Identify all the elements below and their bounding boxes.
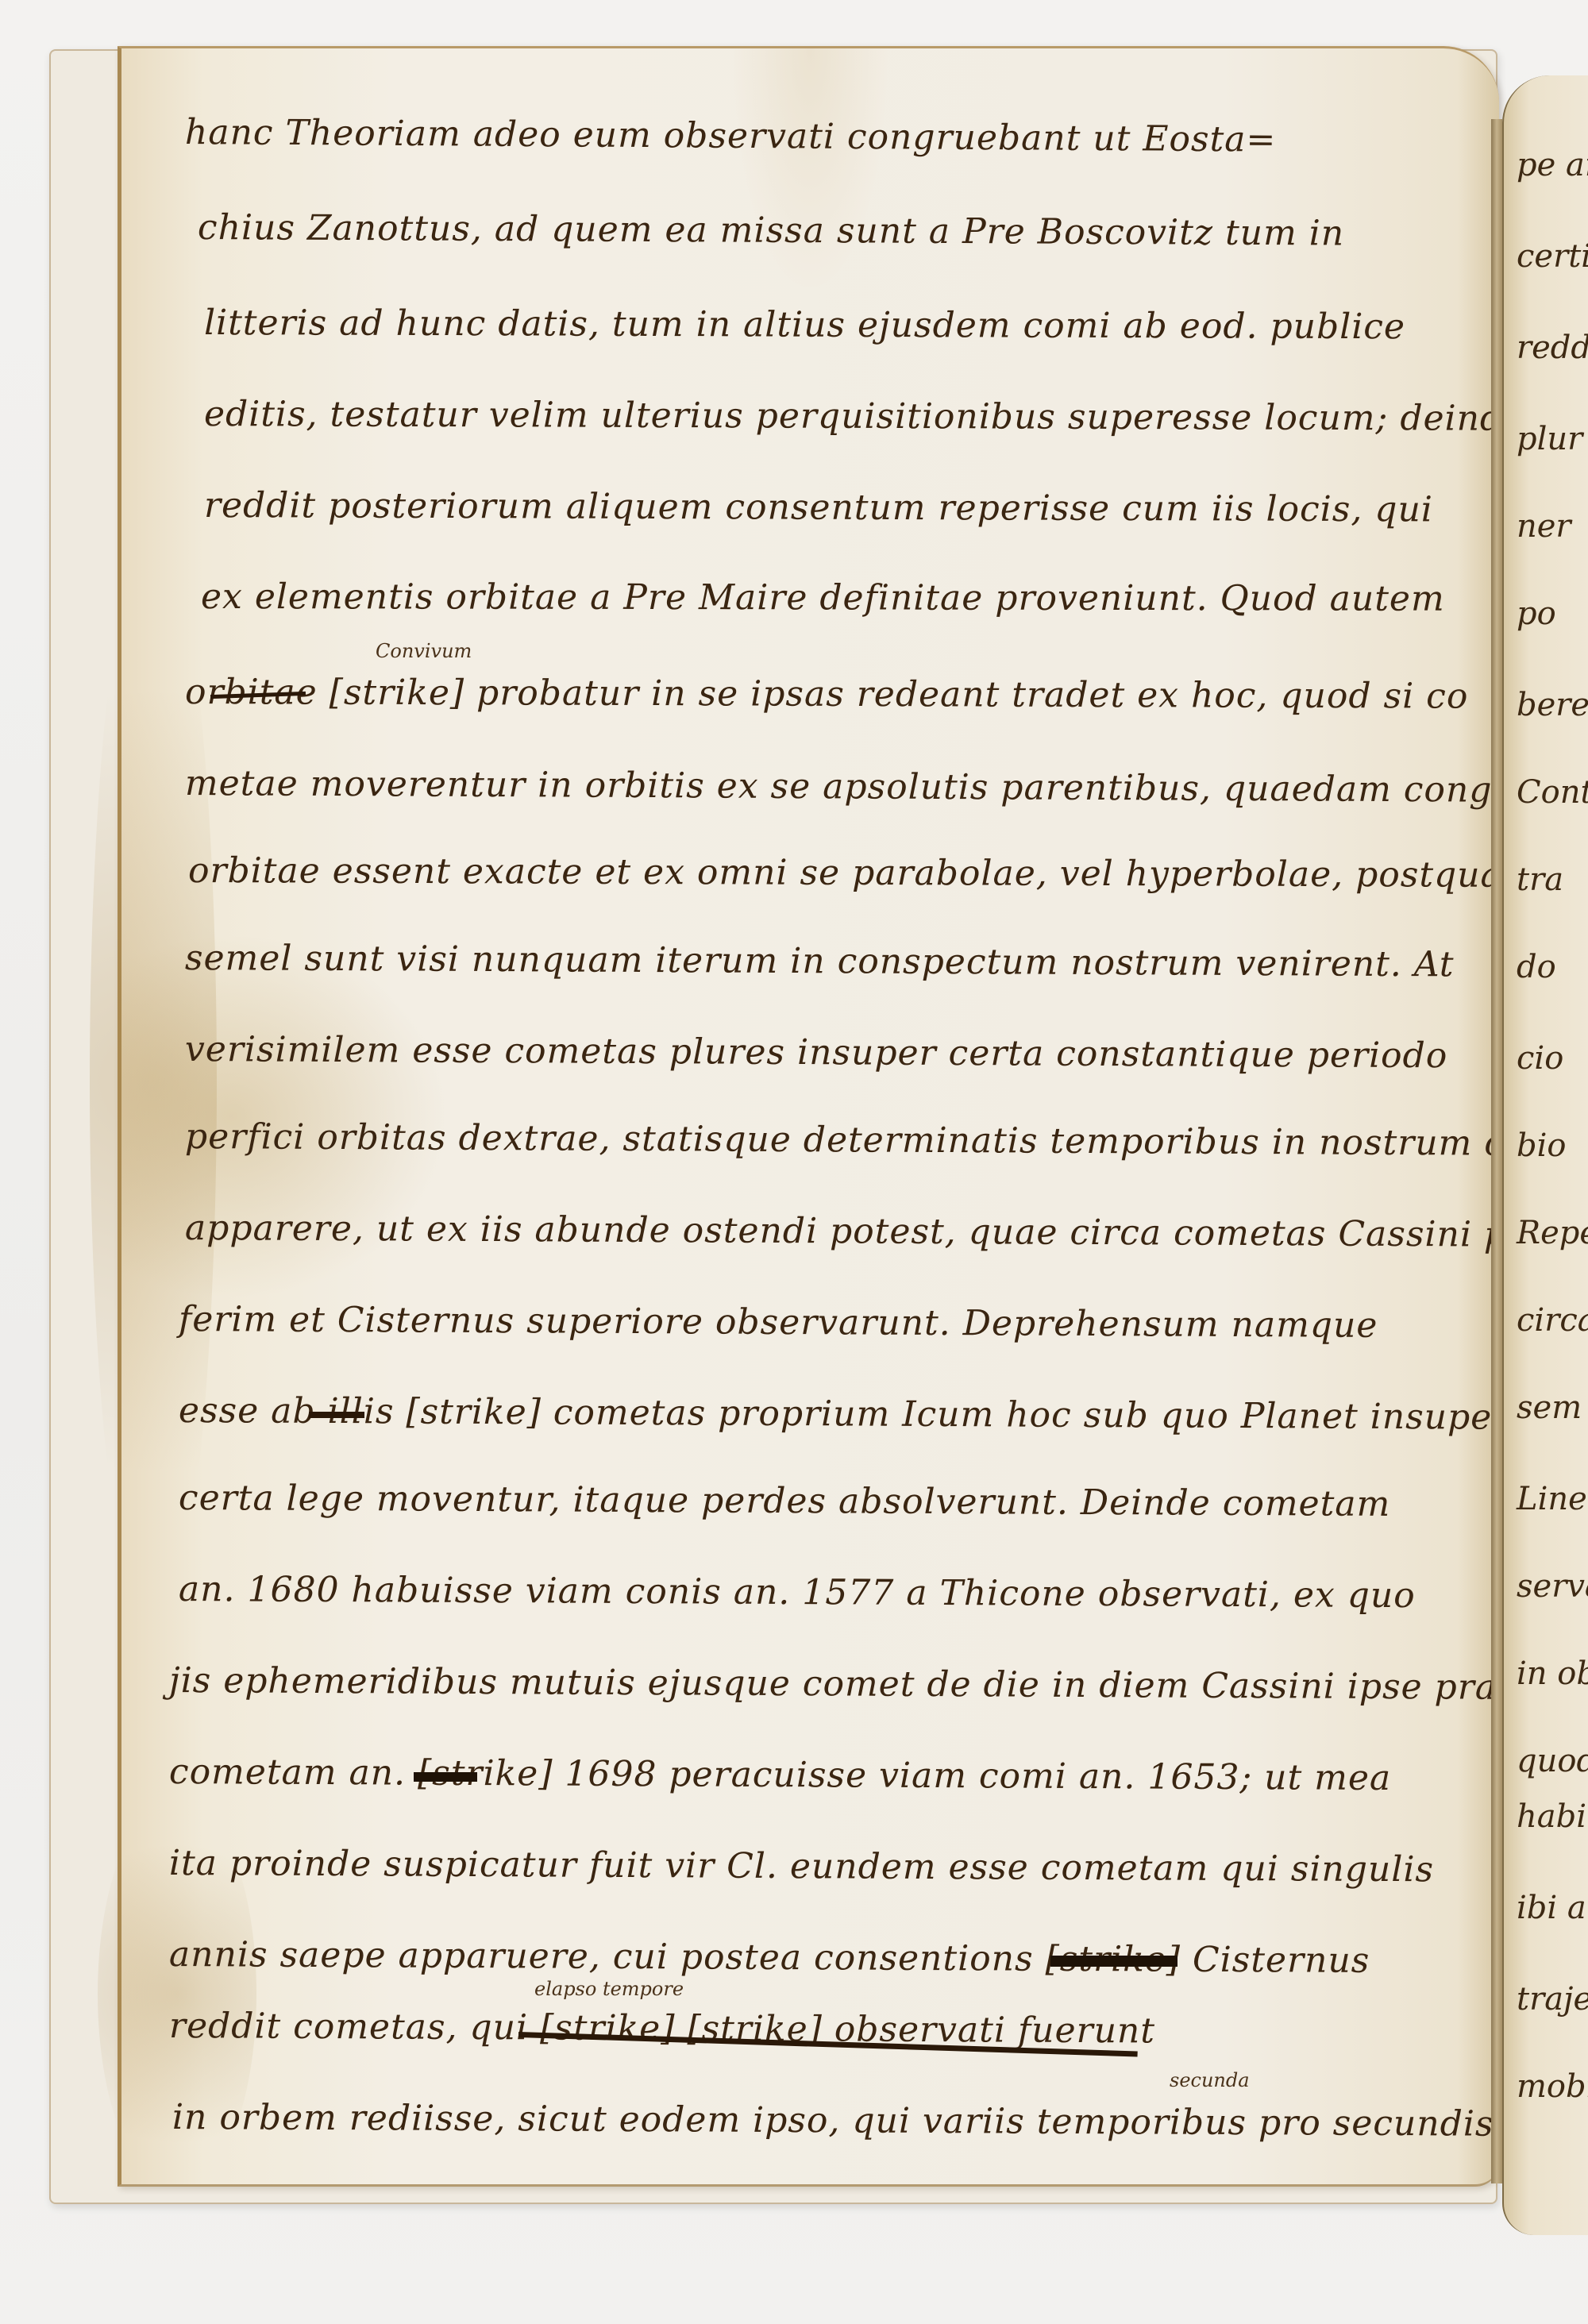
manuscript-line: certa lege moventur, itaque perdes absol… <box>179 1478 1391 1524</box>
facing-page-fragment: habita <box>1517 1798 1588 1835</box>
manuscript-line: annis saepe apparuere, cui postea consen… <box>169 1934 1370 1981</box>
facing-page-fragment: redde <box>1517 330 1588 366</box>
manuscript-line: semel sunt visi nunquam iterum in conspe… <box>185 938 1455 985</box>
manuscript-line: litteris ad hunc datis, tum in altius ej… <box>204 303 1405 347</box>
facing-page-fragment: trajec <box>1517 1981 1588 2018</box>
manuscript-line: apparere, ut ex iis abunde ostendi potes… <box>185 1208 1547 1255</box>
manuscript-line: orbitae essent exacte et ex omni se para… <box>188 850 1536 896</box>
manuscript-line: ex elementis orbitae a Pre Maire definit… <box>201 576 1445 619</box>
facing-page-fragment: bio <box>1517 1127 1566 1164</box>
facing-page-fragment: ibi ar <box>1517 1890 1588 1926</box>
interlinear-insertion: Convivum <box>376 640 472 662</box>
manuscript-line: jis ephemeridibus mutuis ejusque comet d… <box>169 1660 1588 1708</box>
facing-page-fragment: Contr <box>1517 774 1588 811</box>
facing-page-fragment: do <box>1517 949 1556 985</box>
facing-page-fragment: certi <box>1517 238 1588 275</box>
manuscript-line: perfici orbitas dextrae, statisque deter… <box>185 1116 1588 1165</box>
manuscript-line: ferim et Cisternus superiore observarunt… <box>179 1299 1378 1346</box>
manuscript-line: reddit cometas, qui [strike] [strike] ob… <box>169 2006 1155 2052</box>
manuscript-line: reddit posteriorum aliquem consentum rep… <box>204 485 1433 530</box>
strikethrough-mark <box>1050 1956 1178 1967</box>
manuscript-line: editis, testatur velim ulterius perquisi… <box>204 394 1524 439</box>
manuscript-line: esse ab illis [strike] cometas proprium … <box>179 1390 1510 1438</box>
manuscript-line: chius Zanottus, ad quem ea missa sunt a … <box>198 207 1344 254</box>
strikethrough-mark <box>309 1412 364 1418</box>
facing-page-fragment: sem <box>1517 1389 1582 1426</box>
strikethrough-mark <box>414 1772 477 1782</box>
facing-page-fragment: mobilic <box>1517 2068 1588 2105</box>
interlinear-insertion: secunda <box>1170 2069 1250 2091</box>
facing-page-fragment: tra <box>1517 861 1563 898</box>
manuscript-page: hanc Theoriam adeo eum observati congrue… <box>118 46 1499 2187</box>
facing-page-fragment: serva <box>1517 1568 1588 1605</box>
book-gutter <box>1491 119 1502 2183</box>
manuscript-line: in orbem rediisse, sicut eodem ipso, qui… <box>172 2097 1494 2145</box>
facing-page-fragment: bere <box>1517 687 1588 723</box>
manuscript-line: an. 1680 habuisse viam conis an. 1577 a … <box>179 1569 1416 1616</box>
facing-page-fragment: plur <box>1517 421 1582 457</box>
facing-page-fragment: Linea <box>1517 1481 1588 1517</box>
interlinear-insertion: elapso tempore <box>534 1978 684 2000</box>
manuscript-line: hanc Theoriam adeo eum observati congrue… <box>185 112 1277 160</box>
manuscript-line: verisimilem esse cometas plures insuper … <box>185 1029 1448 1076</box>
manuscript-line: cometam an. [strike] 1698 peracuisse via… <box>169 1752 1391 1798</box>
facing-page-fragment: quod <box>1517 1743 1588 1779</box>
facing-page-fragment: po <box>1517 595 1556 632</box>
manuscript-line: metae moverentur in orbitis ex se apsolu… <box>185 763 1570 811</box>
facing-page-fragment: Repe <box>1517 1215 1588 1251</box>
manuscript-line: orbitae [strike] probatur in se ipsas re… <box>185 672 1469 717</box>
facing-page-fragment: cio <box>1517 1040 1563 1077</box>
facing-page-fragment: ner <box>1517 508 1571 545</box>
facing-page-fragment: pe am <box>1517 147 1588 183</box>
manuscript-line: ita proinde suspicatur fuit vir Cl. eund… <box>169 1843 1434 1890</box>
facing-page-fragment: circa <box>1517 1302 1588 1339</box>
facing-page-edge: pe am certi redde plur ner po bere Contr… <box>1502 75 1588 2235</box>
facing-page-fragment: in obj <box>1517 1655 1588 1692</box>
